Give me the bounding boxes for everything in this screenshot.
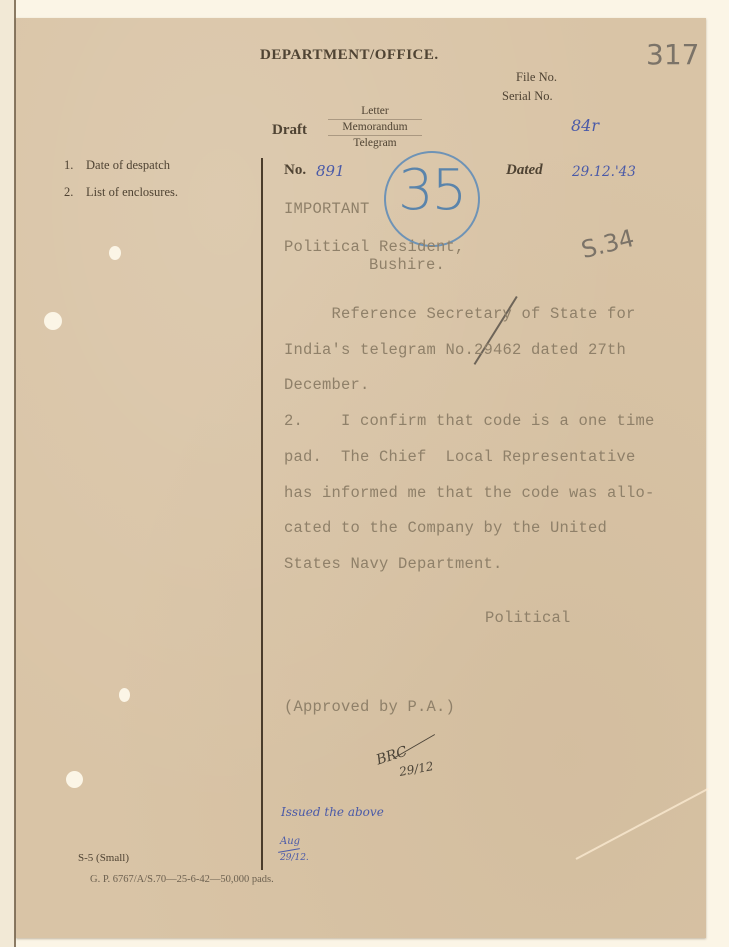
- issued-initials: Aug: [280, 836, 300, 847]
- left-item-date-of-despatch: 1.Date of despatch: [64, 158, 170, 173]
- issued-date: 29/12.: [280, 853, 309, 863]
- approval-note: (Approved by P.A.): [284, 698, 455, 716]
- folio-number-pencil: 317: [646, 38, 699, 71]
- body-paragraph-2-line-3: has informed me that the code was allo-: [284, 484, 655, 502]
- body-paragraph-1-line-3: December.: [284, 376, 370, 394]
- draft-option-letter: Letter: [328, 104, 422, 120]
- department-office-heading: DEPARTMENT/OFFICE.: [260, 47, 439, 64]
- punch-hole: [66, 771, 83, 788]
- left-item-label: List of enclosures.: [86, 185, 178, 199]
- reference-no-label: No.: [284, 162, 306, 179]
- left-item-list-of-enclosures: 2.List of enclosures.: [64, 185, 178, 200]
- draft-label: Draft: [272, 122, 307, 139]
- left-item-number: 2.: [64, 185, 86, 200]
- form-code: S-5 (Small): [78, 852, 129, 864]
- draft-type-options: Letter Memorandum Telegram: [328, 104, 422, 151]
- print-info: G. P. 6767/A/S.70—25-6-42—50,000 pads.: [90, 874, 274, 885]
- body-paragraph-2-line-2: pad. The Chief Local Representative: [284, 448, 636, 466]
- left-item-label: Date of despatch: [86, 158, 170, 172]
- binder-strip: [0, 0, 16, 947]
- issued-note: Issued the above: [281, 805, 384, 819]
- dated-label: Dated: [506, 162, 543, 179]
- margin-divider-rule: [261, 158, 263, 870]
- document-sheet: DEPARTMENT/OFFICE. 317 File No. Serial N…: [16, 18, 706, 938]
- reference-no-value: 891: [316, 162, 345, 180]
- file-no-label: File No.: [516, 70, 557, 85]
- body-paragraph-2-line-5: States Navy Department.: [284, 555, 503, 573]
- body-paragraph-1-line-2: India's telegram No.29462 dated 27th: [284, 341, 626, 359]
- draft-option-telegram: Telegram: [328, 136, 422, 151]
- punch-hole: [109, 246, 121, 260]
- signature-date: 29/12: [398, 759, 434, 779]
- addressee-line-2: Bushire.: [369, 256, 445, 274]
- stamp-number: 35: [398, 158, 465, 223]
- pencil-annotation: S.34: [578, 224, 637, 264]
- body-paragraph-1-line-1: Reference Secretary of State for: [284, 305, 636, 323]
- dated-value: 29.12.'43: [572, 164, 636, 180]
- punch-hole: [119, 688, 130, 702]
- sender-signoff: Political: [485, 609, 571, 627]
- serial-no-label: Serial No.: [502, 89, 553, 104]
- body-paragraph-2-line-1: 2. I confirm that code is a one time: [284, 412, 655, 430]
- body-paragraph-2-line-4: cated to the Company by the United: [284, 519, 607, 537]
- left-item-number: 1.: [64, 158, 86, 173]
- serial-no-handwritten: 84r: [571, 116, 599, 135]
- punch-hole: [44, 312, 62, 330]
- draft-option-memorandum: Memorandum: [328, 120, 422, 136]
- paper-crease: [576, 788, 709, 860]
- addressee-line-1: Political Resident,: [284, 238, 465, 256]
- priority-marking: IMPORTANT: [284, 200, 370, 218]
